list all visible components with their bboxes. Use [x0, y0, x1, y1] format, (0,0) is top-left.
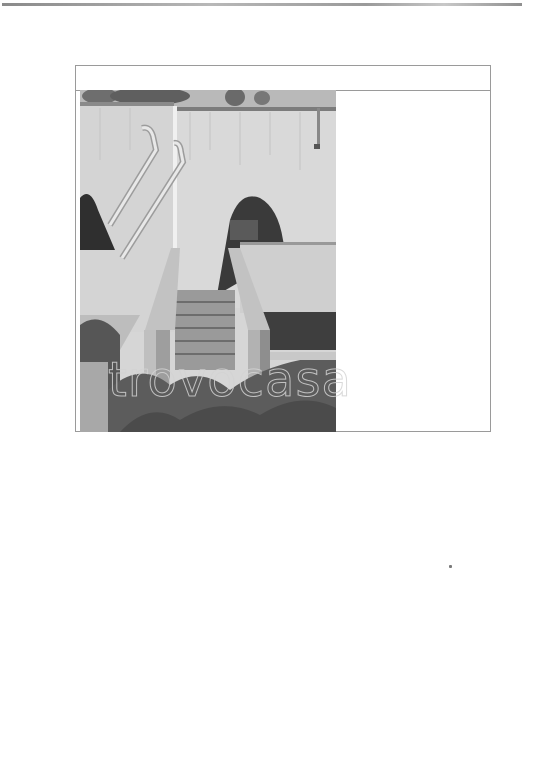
scan-speck [449, 565, 452, 568]
photo-image-icon [80, 90, 336, 432]
frame-header-row [76, 66, 490, 91]
photo-frame [75, 65, 491, 432]
scan-top-edge [2, 3, 522, 6]
building-photo [80, 90, 336, 432]
